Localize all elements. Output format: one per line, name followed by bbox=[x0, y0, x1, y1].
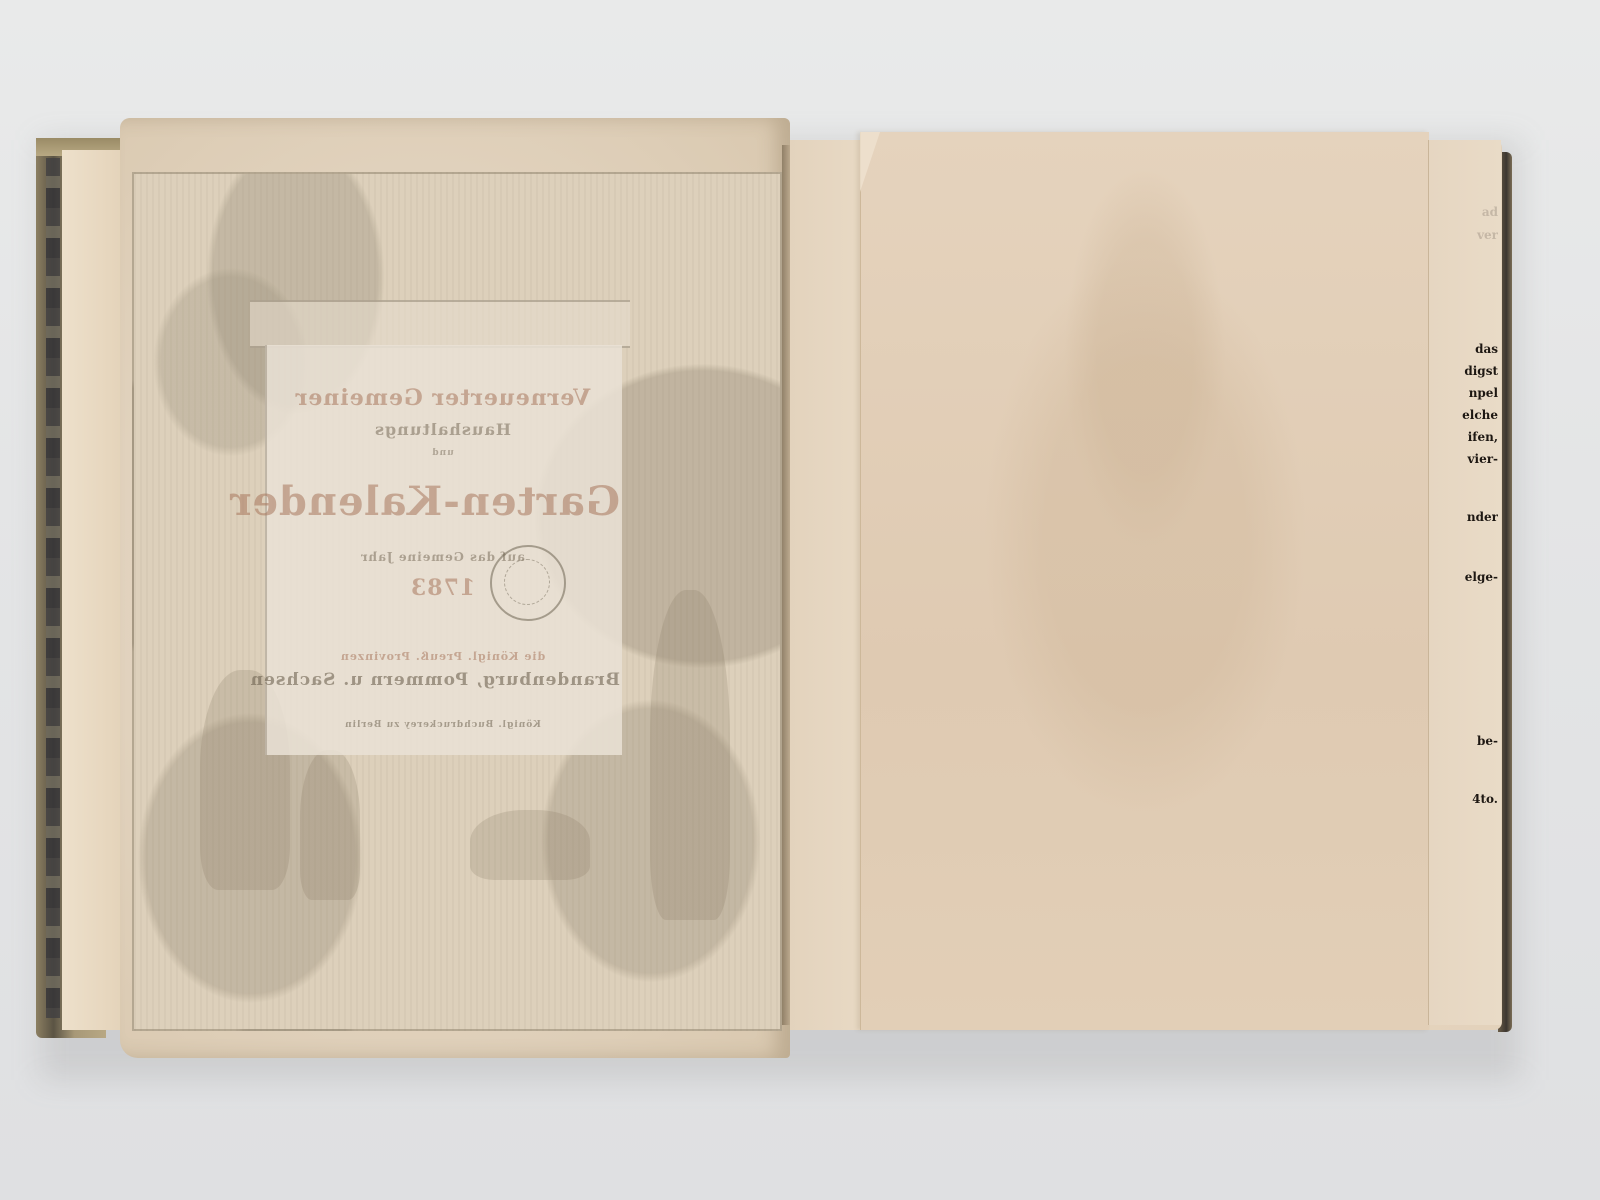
margin-text-fragment: vier- bbox=[1432, 452, 1498, 466]
margin-text-fragment: nder bbox=[1432, 510, 1498, 524]
book-gutter bbox=[782, 145, 790, 1025]
faint-text-fragment: ad bbox=[1432, 205, 1498, 219]
reclining-figure bbox=[470, 810, 590, 880]
margin-text-fragment: elche bbox=[1432, 408, 1498, 422]
ghost-title-line: und bbox=[265, 448, 620, 458]
ghost-title-line: Brandenburg, Pommern u. Sachsen bbox=[265, 670, 620, 690]
margin-text-fragment: 4to. bbox=[1432, 792, 1498, 806]
folded-corner bbox=[860, 132, 880, 192]
margin-text-fragment: npel bbox=[1432, 386, 1498, 400]
ghost-title-line: auf das Gemeine Jahr bbox=[265, 550, 620, 564]
ghost-title-line: die Königl. Preuß. Provinzen bbox=[265, 650, 620, 663]
margin-text-fragment: elge- bbox=[1432, 570, 1498, 584]
ghost-title-line: Verneuerter Gemeiner bbox=[265, 385, 620, 411]
architectural-cornice bbox=[250, 300, 630, 348]
faint-text-fragment: ver bbox=[1432, 228, 1498, 242]
margin-text-fragment: ifen, bbox=[1432, 430, 1498, 444]
ghost-title-year: 1783 bbox=[265, 575, 620, 601]
margin-text-fragment: das bbox=[1432, 342, 1498, 356]
ghost-imprint-line: Königl. Buchdruckerey zu Berlin bbox=[265, 720, 620, 730]
child-figure bbox=[300, 750, 360, 900]
library-stamp bbox=[490, 545, 566, 621]
standing-figure bbox=[650, 590, 730, 920]
ghost-title-line: Haushaltungs bbox=[265, 420, 620, 439]
margin-text-fragment: be- bbox=[1432, 734, 1498, 748]
folded-sheet bbox=[860, 132, 1429, 1030]
margin-text-fragment: digst bbox=[1432, 364, 1498, 378]
ghost-title-line: Garten-Kalender bbox=[265, 478, 620, 525]
